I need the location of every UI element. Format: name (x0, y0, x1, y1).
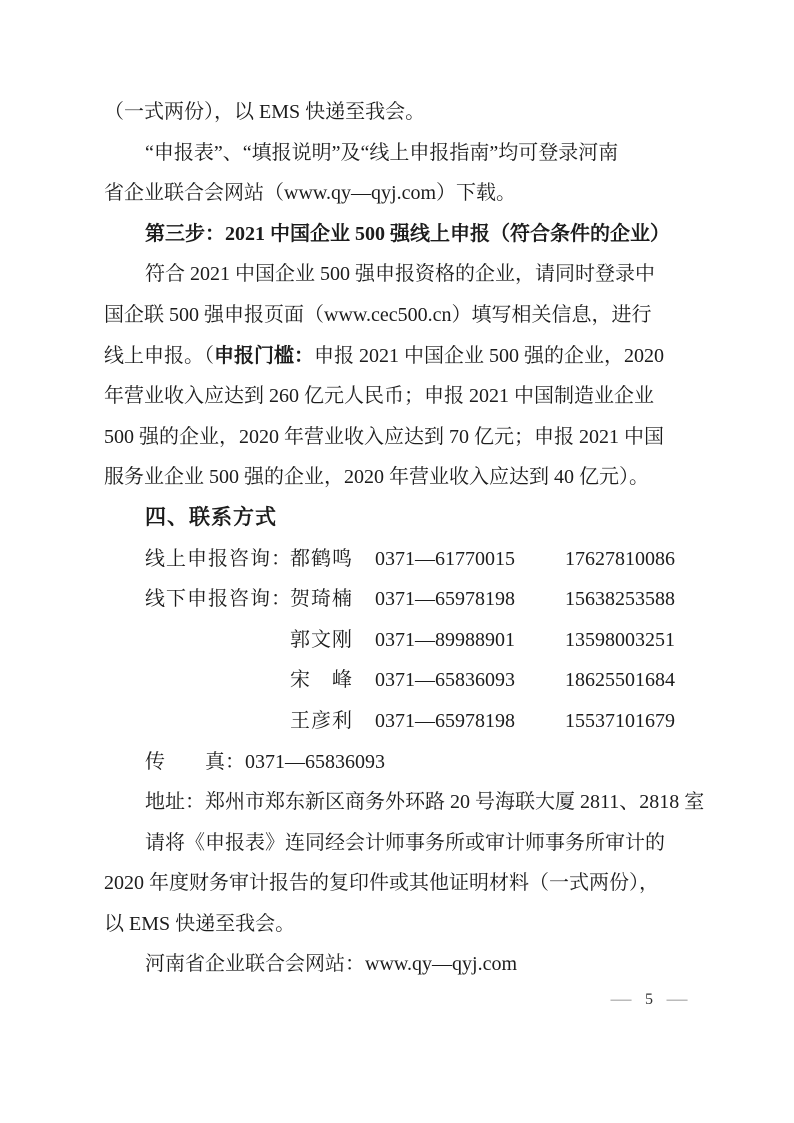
page-number-right-dash: — (667, 988, 688, 1012)
contact-mobile: 18625501684 (565, 660, 690, 701)
contact-mobile: 13598003251 (565, 620, 690, 661)
address-line: 地址：郑州市郑东新区商务外环路 20 号海联大厦 2811、2818 室 (104, 782, 690, 823)
paragraph-line: 国企联 500 强申报页面（www.cec500.cn）填写相关信息，进行 (104, 295, 690, 336)
paragraph-line: 符合 2021 中国企业 500 强申报资格的企业，请同时登录中 (104, 254, 690, 295)
contact-mobile: 15638253588 (565, 579, 690, 620)
contact-row: 线上申报咨询： 都鹤鸣 0371—61770015 17627810086 (104, 539, 690, 580)
document-page: （一式两份），以 EMS 快递至我会。 “申报表”、“填报说明”及“线上申报指南… (0, 0, 794, 1123)
contact-label (145, 701, 290, 742)
contact-name: 宋 峰 (290, 660, 375, 701)
contact-phone: 0371—65978198 (375, 701, 565, 742)
section-heading-contact: 四、联系方式 (104, 498, 690, 539)
threshold-label: 申报门槛： (214, 345, 314, 367)
line-segment: 线上申报。（ (104, 345, 214, 367)
fax-line: 传 真：0371—65836093 (104, 742, 690, 783)
paragraph-line: 500 强的企业，2020 年营业收入应达到 70 亿元；申报 2021 中国 (104, 417, 690, 458)
step-three-heading: 第三步：2021 中国企业 500 强线上申报（符合条件的企业） (104, 214, 690, 255)
page-number-value: 5 (645, 988, 653, 1012)
contact-name: 王彦利 (290, 701, 375, 742)
website-line: 河南省企业联合会网站：www.qy—qyj.com (104, 944, 690, 985)
paragraph-line: 服务业企业 500 强的企业，2020 年营业收入应达到 40 亿元）。 (104, 457, 690, 498)
page-number: — 5 — (613, 988, 685, 1012)
document-body: （一式两份），以 EMS 快递至我会。 “申报表”、“填报说明”及“线上申报指南… (104, 92, 690, 985)
contact-label (145, 620, 290, 661)
contact-phone: 0371—65978198 (375, 579, 565, 620)
contact-label (145, 660, 290, 701)
contact-row: 线下申报咨询： 贺琦楠 0371—65978198 15638253588 (104, 579, 690, 620)
paragraph-line: 2020 年度财务审计报告的复印件或其他证明材料（一式两份）， (104, 863, 690, 904)
paragraph-line: 请将《申报表》连同经会计师事务所或审计师事务所审计的 (104, 823, 690, 864)
contact-row: 宋 峰 0371—65836093 18625501684 (104, 660, 690, 701)
paragraph-line: 省企业联合会网站（www.qy—qyj.com）下载。 (104, 173, 690, 214)
paragraph-line: 以 EMS 快递至我会。 (104, 904, 690, 945)
contact-phone: 0371—65836093 (375, 660, 565, 701)
contact-phone: 0371—61770015 (375, 539, 565, 580)
contact-name: 郭文刚 (290, 620, 375, 661)
contact-row: 王彦利 0371—65978198 15537101679 (104, 701, 690, 742)
page-number-left-dash: — (611, 988, 632, 1012)
contact-label: 线下申报咨询： (145, 579, 290, 620)
contact-mobile: 17627810086 (565, 539, 690, 580)
paragraph-line: 年营业收入应达到 260 亿元人民币；申报 2021 中国制造业企业 (104, 376, 690, 417)
paragraph-line: 线上申报。（申报门槛：申报 2021 中国企业 500 强的企业，2020 (104, 336, 690, 377)
contact-row: 郭文刚 0371—89988901 13598003251 (104, 620, 690, 661)
contact-name: 贺琦楠 (290, 579, 375, 620)
paragraph-line: “申报表”、“填报说明”及“线上申报指南”均可登录河南 (104, 133, 690, 174)
paragraph-line: （一式两份），以 EMS 快递至我会。 (104, 92, 690, 133)
contact-name: 都鹤鸣 (290, 539, 375, 580)
line-segment: 申报 2021 中国企业 500 强的企业，2020 (314, 345, 664, 367)
contact-label: 线上申报咨询： (145, 539, 290, 580)
contact-mobile: 15537101679 (565, 701, 690, 742)
contact-phone: 0371—89988901 (375, 620, 565, 661)
